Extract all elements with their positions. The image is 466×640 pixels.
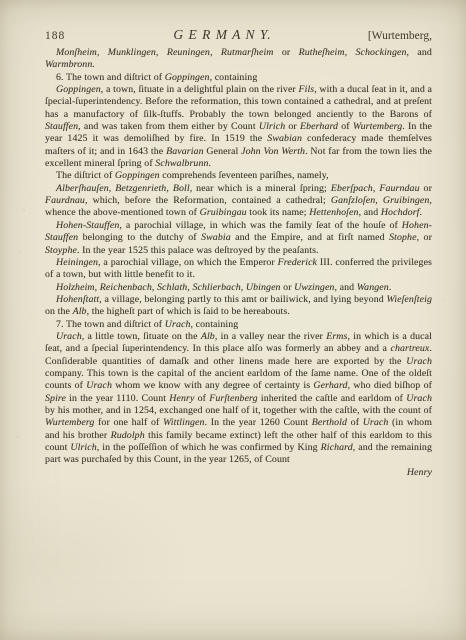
catchword: Henry bbox=[45, 467, 432, 479]
paragraph: Monſheim, Munklingen, Reuningen, Rutmarſ… bbox=[45, 47, 432, 72]
paragraph: Heiningen, a parochial village, on which… bbox=[45, 257, 432, 282]
paragraph: Urach, a little town, ſituate on the Alb… bbox=[45, 331, 432, 467]
paragraph: The diſtrict of Goppingen comprehends ſe… bbox=[45, 170, 432, 182]
page-number: 188 bbox=[45, 30, 105, 42]
running-title: G E R M A N Y. bbox=[105, 27, 340, 43]
paragraph: Hohenſtatt, a village, belonging partly … bbox=[45, 294, 432, 319]
header-bracket-right: [Wurtemberg, bbox=[340, 30, 432, 42]
paragraph: 6. The town and diſtrict of Goppingen, c… bbox=[45, 72, 432, 84]
paragraph: Alberſhauſen, Betzgenrieth, Boll, near w… bbox=[45, 183, 432, 220]
page-header: 188 G E R M A N Y. [Wurtemberg, bbox=[45, 27, 432, 43]
paragraph: 7. The town and diſtrict of Urach, conta… bbox=[45, 319, 432, 331]
text-block: Monſheim, Munklingen, Reuningen, Rutmarſ… bbox=[45, 47, 432, 479]
paragraph: Goppingen, a town, ſituate in a delightf… bbox=[45, 84, 432, 170]
paragraph: Holzheim, Reichenbach, Schlath, Schlierb… bbox=[45, 282, 432, 294]
paragraph: Hohen-Stauffen, a parochial village, in … bbox=[45, 220, 432, 257]
